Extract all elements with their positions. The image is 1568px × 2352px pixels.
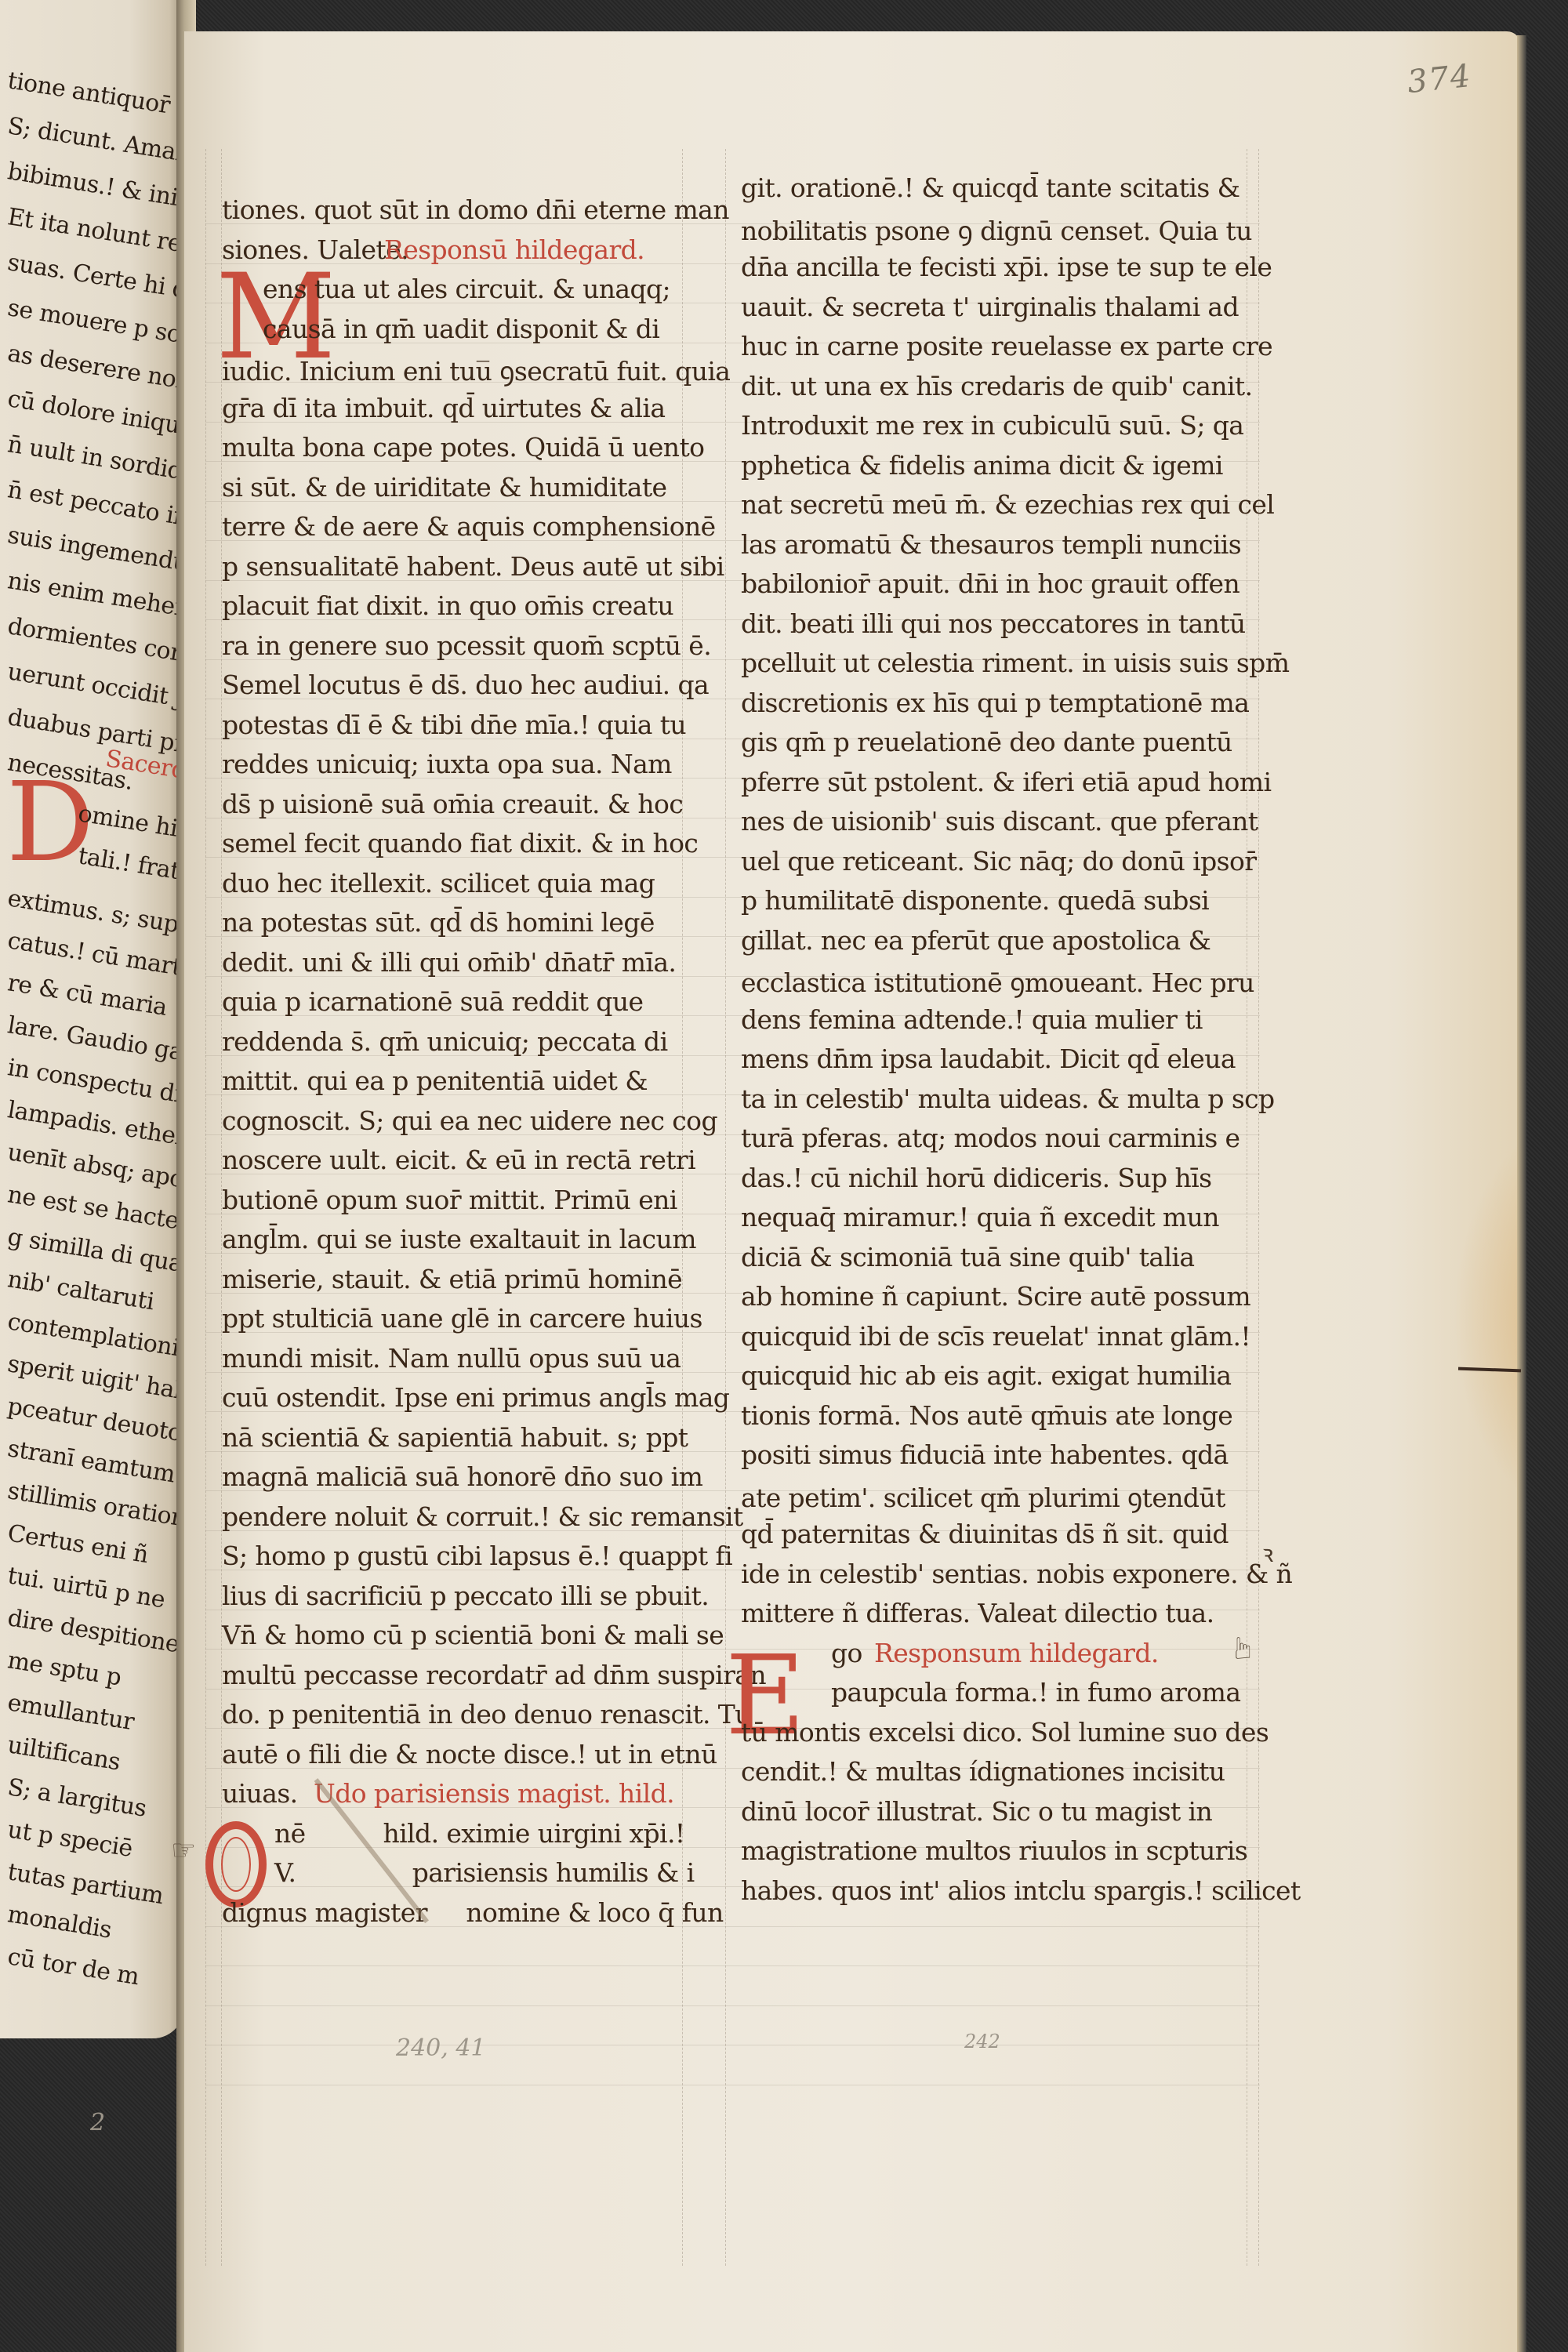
text-line: butionē opum suor̄ mittit. Primū eni [222, 1185, 677, 1215]
text-line: paupcula forma.! in fumo aroma [831, 1677, 1240, 1708]
text-line: do. p penitentiā in deo denuo renascit. … [222, 1699, 751, 1730]
ruling-vertical [205, 149, 206, 2266]
text-line: miserie, stauit. & etiā primū hominē [222, 1264, 682, 1294]
text-line: na potestas sūt. qd̄ ds̄ homini legē [222, 907, 655, 938]
facing-line: cū tor de m [5, 1943, 141, 1991]
text-line: nequaq̄ miramur.! quia ñ excedit mun [741, 1202, 1219, 1232]
text-line: terre & de aere & aquis comphensionē [222, 511, 716, 542]
text-line: cognoscit. S; qui ea nec uidere nec cog [222, 1105, 717, 1136]
text-line: iudic. Inicium eni tuu̅ ꝯsecratū fuit. q… [222, 353, 730, 388]
text-line: uel que reticeant. Sic nāq; do donū ipso… [741, 846, 1256, 877]
text-line: mundi misit. Nam nullū opus suū ua [222, 1343, 681, 1374]
facing-line: re & cū maria [5, 969, 169, 1022]
text-line: ra in genere suo pcessit quom̄ scptū ē. [222, 630, 711, 661]
text-line: ta in celestib' multa uideas. & multa p … [741, 1083, 1275, 1114]
facing-line: me sptu p [5, 1646, 123, 1691]
text-line: positi simus fiduciā inte habentes. qdā [741, 1439, 1229, 1470]
text-line: tū montis excelsi dico. Sol lumine suo d… [741, 1717, 1269, 1748]
ruling-horizontal [205, 1965, 1260, 1966]
facing-folio-pencil: 2 [90, 2109, 105, 2136]
facing-line: uiltificans [5, 1731, 122, 1776]
text-line: cendit.! & multas ídignationes incisitu [741, 1756, 1225, 1787]
facing-line: tui. uirtū p ne [5, 1562, 167, 1613]
text-line: nes de uisionib' suis discant. que pfera… [741, 806, 1258, 837]
text-line: gis qm̄ p reuelationē deo dante puentū [741, 727, 1232, 757]
ruling-horizontal [205, 2045, 1260, 2045]
text-line: ate petim'. scilicet qm̄ plurimi ꝯtendūt [741, 1479, 1225, 1515]
text-line: p sensualitatē habent. Deus autē ut sibi [222, 551, 724, 582]
text-line: nā scientiā & sapientiā habuit. s; ppt [222, 1422, 688, 1453]
text-line: das.! cū nichil horū didiceris. Sup hīs [741, 1163, 1211, 1193]
text-line: pcelluit ut celestia riment. in uisis su… [741, 648, 1289, 678]
marginal-note: ꝛ [1262, 1537, 1273, 1569]
facing-line: suis ingemendū [5, 521, 184, 577]
initial-o [205, 1821, 267, 1907]
text-line: quicquid ibi de scīs reuelat' innat glām… [741, 1321, 1250, 1352]
text-line: quia p icarnationē suā reddit que [222, 986, 643, 1017]
text-line: multa bona cape potes. Quidā ū uento [222, 432, 704, 463]
facing-line: ut p speciē [5, 1816, 134, 1863]
text-line: uauit. & secreta t' uirginalis thalami a… [741, 292, 1239, 322]
text-line: autē o fili die & nocte disce.! ut in et… [222, 1739, 717, 1769]
text-line: pendere noluit & corruit.! & sic remansi… [222, 1501, 743, 1532]
text-line: tionis formā. Nos autē qm̄uis ate longe [741, 1400, 1232, 1431]
leaf-edge [1517, 35, 1526, 2352]
text-line: nē hild. eximie uirgini xp̄i.! [274, 1818, 685, 1849]
text-line: ecclastica istitutionē ꝯmoueant. Hec pru [741, 964, 1254, 1000]
text-line: lius di sacrificiū p peccato illi se pbu… [222, 1581, 709, 1611]
text-line: ds̄ p uisionē suā om̄ia creauit. & hoc [222, 789, 683, 819]
text-line: causā in qm̄ uadit disponit & di [263, 314, 659, 344]
text-line: semel fecit quando fiat dixit. & in hoc [222, 828, 698, 858]
facing-line: emullantur [5, 1689, 136, 1736]
text-line: cuū ostendit. Ipse eni primus angl̄s mag [222, 1382, 729, 1413]
text-line: dedit. uni & illi qui om̄ib' dn̄atr̄ mīa… [222, 947, 676, 978]
text-line: noscere uult. eicit. & eū in rectā retri [222, 1145, 695, 1175]
rubric-responsum-hildegard-2: Responsum hildegard. [874, 1638, 1159, 1668]
text-line: nobilitatis psone ꝯ dignū censet. Quia t… [741, 212, 1252, 248]
ruling-horizontal [205, 2085, 1260, 2085]
ruling-vertical [725, 149, 726, 2266]
text-line: mittere ñ differas. Valeat dilectio tua. [741, 1598, 1214, 1628]
text-line: tiones. quot sūt in domo dn̄i eterne man [222, 194, 729, 225]
text-line: quicquid hic ab eis agit. exigat humilia [741, 1360, 1232, 1391]
text-line: git. orationē.! & quicqd̄ tante scitatis… [741, 172, 1240, 203]
text-line: nat secretū meū m̄. & ezechias rex qui c… [741, 489, 1274, 520]
text-line: pphetica & fidelis anima dicit & igemi [741, 450, 1223, 481]
text-line: las aromatū & thesauros templi nunciis [741, 529, 1241, 560]
text-line: habes. quos int' alios intclu spargis.! … [741, 1875, 1301, 1906]
incipit-word: go [831, 1638, 862, 1668]
text-line: dn̄a ancilla te fecisti xp̄i. ipse te su… [741, 252, 1272, 282]
text-line: ppt stulticiā uane glē in carcere huius [222, 1303, 702, 1334]
text-line: discretionis ex hīs qui p temptationē ma [741, 688, 1249, 718]
pencil-note-left: 240, 41 [396, 2034, 486, 2062]
text-line: Introduxit me rex in cubiculū suū. S; qa [741, 410, 1243, 441]
text-line: reddenda s̄. qm̄ unicuiq; peccata di [222, 1026, 668, 1057]
pencil-note-right: 242 [964, 2031, 1000, 2053]
text-line: huc in carne posite reuelasse ex parte c… [741, 331, 1272, 361]
text-line: dit. beati illi qui nos peccatores in ta… [741, 608, 1246, 639]
text-line: angl̄m. qui se iuste exaltauit in lacum [222, 1224, 696, 1254]
ruling-horizontal [205, 2005, 1260, 2006]
text-line: gr̄a dī ita imbuit. qd̄ uirtutes & alia [222, 393, 665, 423]
text-line: dignus magister nomine & loco q̄ fun [222, 1897, 724, 1928]
facing-line: monaldis [5, 1900, 113, 1944]
text-line: ab homine ñ capiunt. Scire autē possum [741, 1281, 1250, 1312]
text-line: potestas dī ē & tibi dn̄e mīa.! quia tu [222, 710, 686, 740]
text-line: V. parisiensis humilis & i [274, 1857, 695, 1888]
text-line: Vn̄ & homo cū p scientiā boni & mali se [222, 1620, 724, 1650]
text-line: ens tua ut ales circuit. & unaqq; [263, 274, 670, 304]
text-line: S; homo p gustū cibi lapsus ē.! quappt f… [222, 1541, 732, 1571]
manicule-icon: ☞ [1225, 1635, 1260, 1661]
text-line: placuit fiat dixit. in quo om̄is creatu [222, 590, 673, 621]
text-line: turā pferas. atq; modos noui carminis e [741, 1123, 1240, 1153]
text-line: gillat. nec ea pferūt que apostolica & [741, 925, 1210, 956]
ruling-vertical [1247, 149, 1247, 2266]
text-line: Semel locutus ē ds̄. duo hec audiui. qa [222, 670, 709, 700]
text-line: mittit. qui ea p penitentiā uidet & [222, 1065, 648, 1096]
folio-number: 374 [1406, 58, 1474, 100]
text-line: pferre sūt pstolent. & iferi etiā apud h… [741, 767, 1271, 797]
text-line: p humilitatē disponente. quedā subsi [741, 885, 1209, 916]
ruling-vertical [682, 149, 683, 2266]
rubric-responsum-hildegard: Responsū hildegard. [384, 234, 644, 265]
text-line: diciā & scimoniā tuā sine quib' talia [741, 1242, 1194, 1272]
text-line: duo hec itellexit. scilicet quia mag [222, 868, 655, 898]
text-line: multū peccasse recordatr̄ ad dn̄m suspir… [222, 1660, 766, 1690]
ruling-vertical [1258, 149, 1259, 2266]
text-line: qd̄ paternitas & diuinitas ds̄ ñ sit. qu… [741, 1519, 1229, 1549]
text-line: reddes unicuiq; iuxta opa sua. Nam [222, 749, 672, 779]
facing-line: tutas partium [5, 1858, 165, 1910]
text-line: si sūt. & de uiriditate & humiditate [222, 472, 666, 503]
text-line: babilonior̄ apuit. dn̄i in hoc grauit of… [741, 568, 1240, 599]
facing-line: nib' caltaruti [5, 1265, 156, 1316]
text-line: dens femina adtende.! quia mulier ti [741, 1004, 1203, 1035]
facing-line: S; a largitus [5, 1773, 148, 1822]
rubric-udo-parisiensis: Udo parisiensis magist. hild. [314, 1778, 674, 1809]
text-line: ide in celestib' sentias. nobis exponere… [741, 1559, 1292, 1589]
text-line: uiuas. [222, 1778, 298, 1809]
manicule-icon-left: ☞ [171, 1835, 196, 1867]
text-line: dinū locor̄ illustrat. Sic o tu magist i… [741, 1796, 1212, 1827]
text-line: magistratione multos riuulos in scpturis [741, 1835, 1247, 1866]
facing-page: tione antiquor̄ uicior̄ dS; dicunt. Amar… [0, 0, 184, 2038]
text-line: mens dn̄m ipsa laudabit. Dicit qd̄ eleua [741, 1044, 1236, 1074]
text-line: dit. ut una ex hīs credaris de quib' can… [741, 371, 1252, 401]
text-line: magnā maliciā suā honorē dn̄o suo im [222, 1461, 702, 1492]
facing-line: Certus eni ñ [5, 1519, 150, 1569]
